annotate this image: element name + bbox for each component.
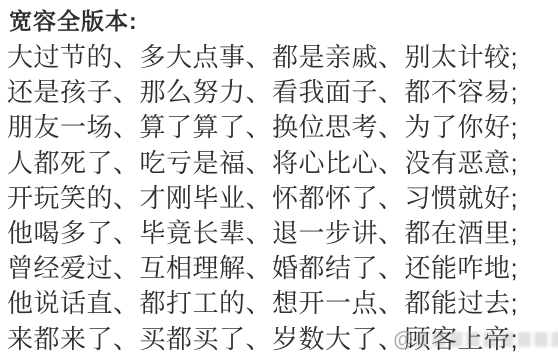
- text-line-5: 开玩笑的、才刚毕业、怀都怀了、习惯就好;: [0, 181, 558, 216]
- text-line-8: 他说话直、都打工的、想开一点、都能过去;: [0, 286, 558, 321]
- text-body: 大过节的、多大点事、都是亲戚、别太计较; 还是孩子、那么努力、看我面子、都不容易…: [0, 40, 558, 357]
- text-line-1: 大过节的、多大点事、都是亲戚、别太计较;: [0, 40, 558, 75]
- text-line-2: 还是孩子、那么努力、看我面子、都不容易;: [0, 75, 558, 110]
- text-line-9: 来都来了、买都买了、岁数大了、顾客上帝;: [0, 322, 558, 357]
- text-line-4: 人都死了、吃亏是福、将心比心、没有恶意;: [0, 146, 558, 181]
- page-title: 宽容全版本:: [0, 0, 558, 35]
- meme-text-page: 宽容全版本: 大过节的、多大点事、都是亲戚、别太计较; 还是孩子、那么努力、看我…: [0, 0, 558, 361]
- text-line-7: 曾经爱过、互相理解、婚都结了、还能咋地;: [0, 251, 558, 286]
- text-line-6: 他喝多了、毕竟长辈、退一步讲、都在酒里;: [0, 216, 558, 251]
- text-line-3: 朋友一场、算了算了、换位思考、为了你好;: [0, 110, 558, 145]
